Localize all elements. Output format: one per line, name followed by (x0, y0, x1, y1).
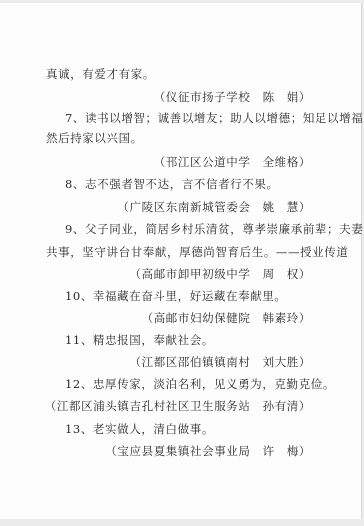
entry-12-attribution: （江都区浦头镇吉孔村社区卫生服务站 孙有清） (45, 399, 311, 413)
entry-9-attribution: （高邮市卸甲初级中学 周 权） (130, 267, 312, 281)
entry-7-line-1: 7、读书以增智；诚善以增友；助人以增德；知足以增福； (65, 111, 364, 125)
entry-13-line-1: 13、老实做人，清白做事。 (65, 422, 214, 436)
entry-7-line-2: 然后持家以兴国。 (46, 131, 143, 145)
document-page: 真诚，有爱才有家。 （仪征市扬子学校 陈 娟） 7、读书以增智；诚善以增友；助人… (0, 3, 362, 519)
entry-6-line-2: 真诚，有爱才有家。 (46, 67, 155, 81)
entry-10-attribution: （高邮市妇幼保健院 韩素玲） (142, 311, 311, 325)
entry-11-line-1: 11、精忠报国，奉献社会。 (65, 333, 214, 347)
entry-8-line-1: 8、志不强者智不达，言不信者行不果。 (65, 177, 279, 191)
entry-13-attribution: （宝应县夏集镇社会事业局 许 梅） (105, 444, 311, 458)
entry-9-line-2: 共事，坚守讲台甘奉献，厚德尚智育后生。——授业传道 (46, 245, 349, 259)
entry-10-line-1: 10、幸福藏在奋斗里，好运藏在奉献里。 (65, 289, 287, 303)
entry-11-attribution: （江都区邵伯镇镇南村 刘大胜） (130, 355, 312, 369)
entry-9-line-1: 9、父子同业，简居乡村乐清贫，尊孝崇廉承前辈；夫妻 (65, 222, 363, 236)
entry-12-line-1: 12、忠厚传家，淡泊名利，见义勇为，克勤克俭。 (65, 377, 335, 391)
entry-6-attribution: （仪征市扬子学校 陈 娟） (154, 90, 311, 104)
entry-7-attribution: （邗江区公道中学 全维格） (154, 155, 311, 169)
entry-8-attribution: （广陵区东南新城管委会 姚 慧） (117, 200, 311, 214)
